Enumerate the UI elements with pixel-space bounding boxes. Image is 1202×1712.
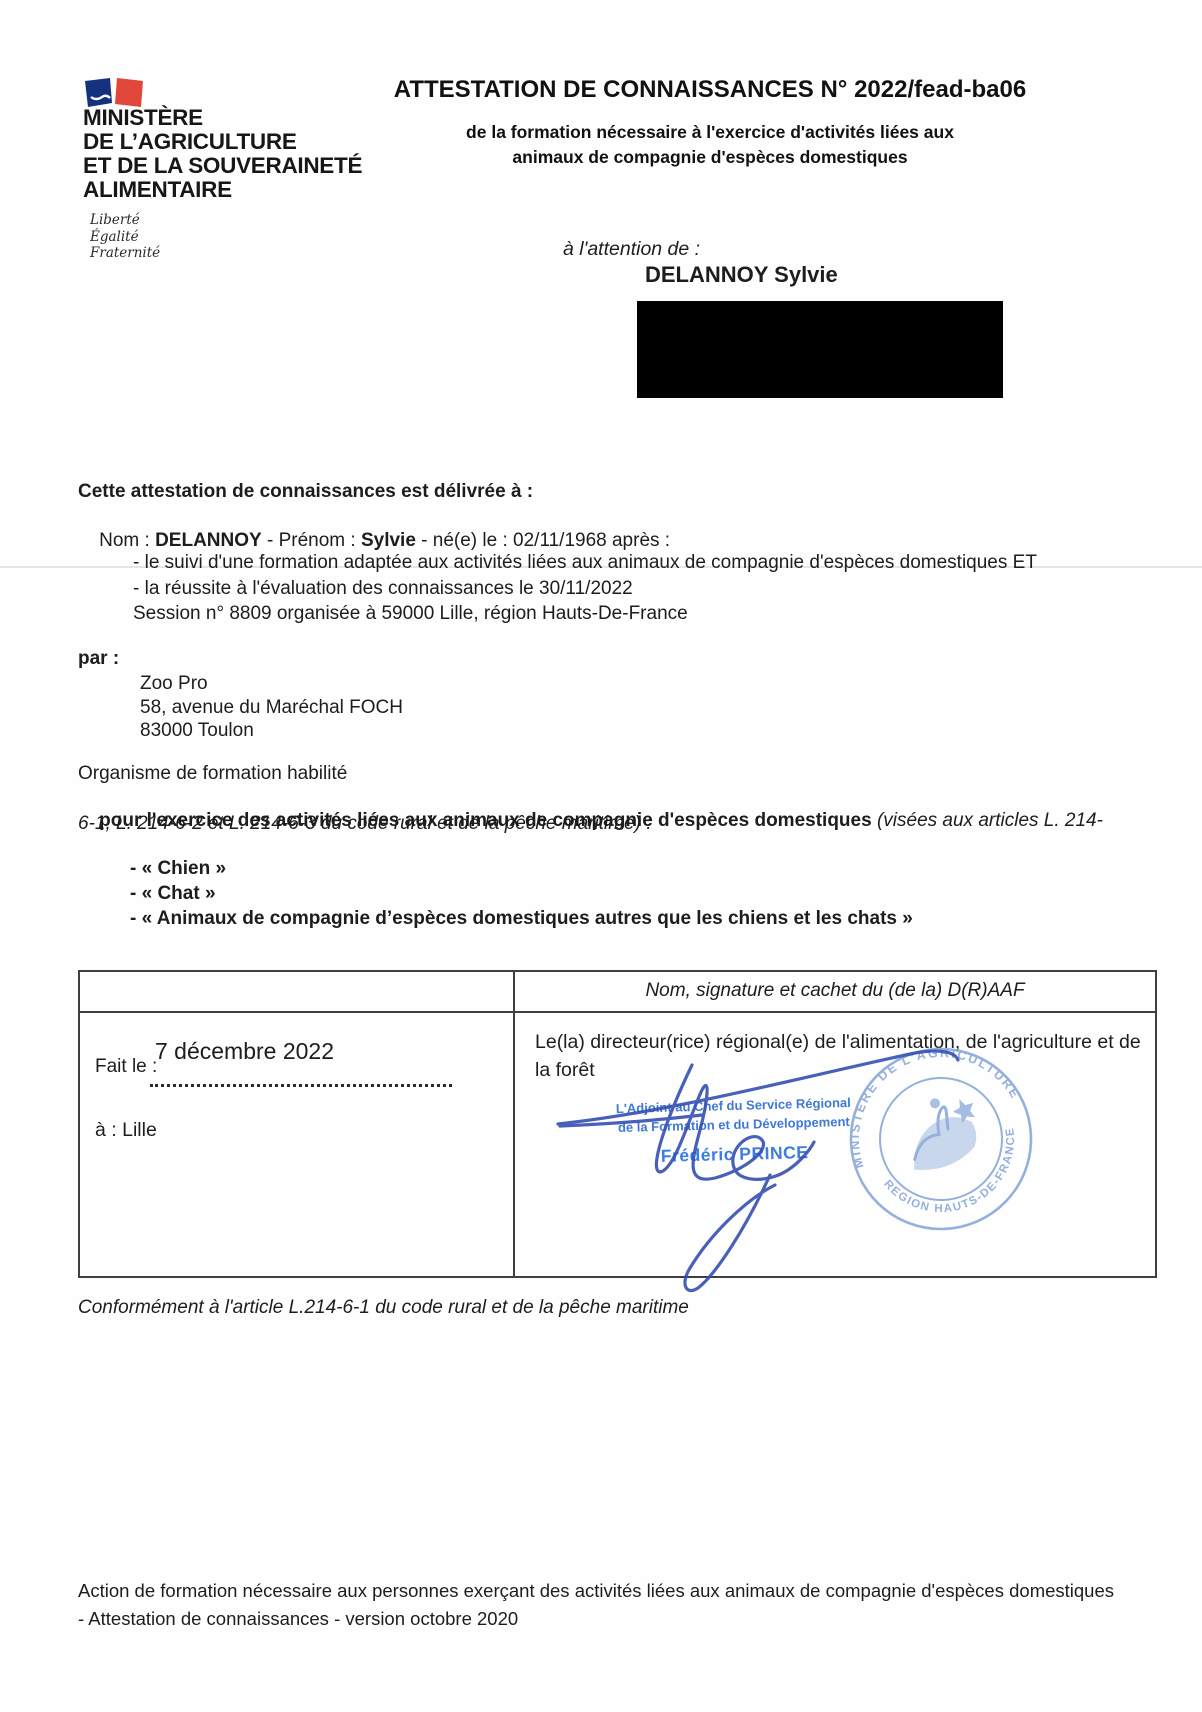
delivery-heading: Cette attestation de connaissances est d… bbox=[78, 481, 533, 503]
recipient-name: DELANNOY Sylvie bbox=[645, 262, 838, 288]
legal-footnote: Conformément à l'article L.214-6-1 du co… bbox=[78, 1297, 689, 1319]
document-footer: Action de formation nécessaire aux perso… bbox=[78, 1577, 1138, 1632]
subtitle-line-2: animaux de compagnie d'espèces domestiqu… bbox=[330, 145, 1090, 170]
redacted-address-box bbox=[637, 301, 1003, 398]
formation-item-2: - la réussite à l'évaluation des connais… bbox=[133, 578, 633, 600]
ministry-name-line: ALIMENTAIRE bbox=[83, 178, 362, 202]
handwritten-signature bbox=[530, 1020, 1000, 1310]
footer-line-2: - Attestation de connaissances - version… bbox=[78, 1605, 1138, 1633]
attention-label: à l'attention de : bbox=[563, 238, 700, 261]
attestation-document: MINISTÈRE DE L’AGRICULTURE ET DE LA SOUV… bbox=[0, 0, 1202, 1712]
organisme-city: 83000 Toulon bbox=[140, 719, 403, 743]
fait-le-label: Fait le : bbox=[95, 1056, 157, 1078]
table-column-divider bbox=[513, 970, 515, 1278]
nom-label: Nom : bbox=[99, 530, 155, 551]
activity-item-autres: - « Animaux de compagnie d’espèces domes… bbox=[130, 908, 913, 930]
session-line: Session n° 8809 organisée à 59000 Lille,… bbox=[133, 603, 688, 625]
organisme-name: Zoo Pro bbox=[140, 672, 403, 696]
table-header-divider bbox=[78, 1011, 1157, 1013]
footer-line-1: Action de formation nécessaire aux perso… bbox=[78, 1577, 1138, 1605]
nom-value: DELANNOY bbox=[155, 530, 262, 551]
habilitation-line: Organisme de formation habilité bbox=[78, 763, 347, 785]
motto-line: Liberté bbox=[90, 212, 160, 229]
table-header-label: Nom, signature et cachet du (de la) D(R)… bbox=[515, 970, 1155, 1011]
ministry-name-line: MINISTÈRE bbox=[83, 106, 362, 130]
activity-item-chien: - « Chien » bbox=[130, 858, 226, 880]
subtitle-line-1: de la formation nécessaire à l'exercice … bbox=[330, 120, 1090, 145]
prenom-value: Sylvie bbox=[361, 530, 416, 551]
place-label: à : Lille bbox=[95, 1119, 157, 1142]
ministry-name: MINISTÈRE DE L’AGRICULTURE ET DE LA SOUV… bbox=[83, 106, 362, 202]
organisme-street: 58, avenue du Maréchal FOCH bbox=[140, 696, 403, 720]
par-label: par : bbox=[78, 648, 119, 670]
habilitation-italic-2: 6-1, L. 214-6-2 et L. 214-6-3 du code ru… bbox=[78, 813, 651, 835]
motto-line: Égalité bbox=[90, 229, 160, 246]
ministry-name-line: DE L’AGRICULTURE bbox=[83, 130, 362, 154]
republic-motto: Liberté Égalité Fraternité bbox=[90, 212, 160, 262]
activity-item-chat: - « Chat » bbox=[130, 883, 216, 905]
organisme-address: Zoo Pro 58, avenue du Maréchal FOCH 8300… bbox=[140, 672, 403, 743]
ministry-name-line: ET DE LA SOUVERAINETÉ bbox=[83, 154, 362, 178]
prenom-label: - Prénom : bbox=[262, 530, 361, 551]
formation-item-1: - le suivi d'une formation adaptée aux a… bbox=[133, 552, 1037, 574]
birthdate-text: - né(e) le : 02/11/1968 après : bbox=[416, 530, 670, 551]
date-dotted-line bbox=[150, 1062, 452, 1087]
date-value: 7 décembre 2022 bbox=[155, 1038, 334, 1065]
page-subtitle: de la formation nécessaire à l'exercice … bbox=[330, 120, 1090, 170]
page-title: ATTESTATION DE CONNAISSANCES N° 2022/fea… bbox=[330, 76, 1090, 104]
habilitation-italic-1: (visées aux articles L. 214- bbox=[872, 810, 1103, 831]
motto-line: Fraternité bbox=[90, 245, 160, 262]
